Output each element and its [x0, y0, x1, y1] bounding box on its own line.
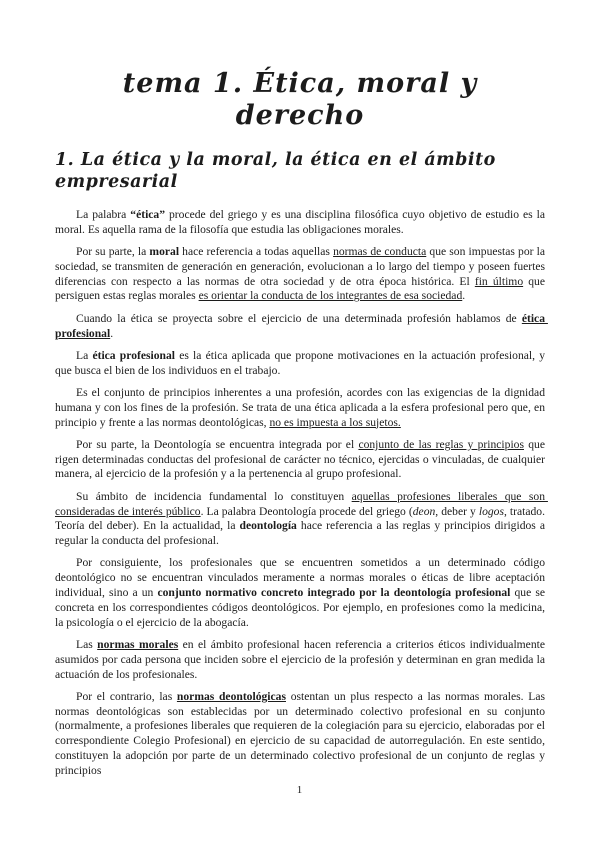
text-run: hace referencia a todas aquellas	[179, 245, 333, 258]
text-run: deon	[413, 505, 436, 518]
text-run: , deber y	[435, 505, 479, 518]
text-run: normas deontológicas	[177, 690, 286, 703]
page-number: 1	[0, 784, 599, 796]
paragraph: Su ámbito de incidencia fundamental lo c…	[55, 490, 545, 549]
document-page: tema 1. Ética, moral y derecho 1. La éti…	[0, 0, 599, 848]
text-run: conjunto normativo concreto integrado po…	[157, 586, 510, 599]
text-run: normas de conducta	[333, 245, 426, 258]
paragraph: La palabra “ética” procede del griego y …	[55, 208, 545, 238]
paragraph: Por su parte, la moral hace referencia a…	[55, 245, 545, 304]
text-run: conjunto de las reglas y principios	[358, 438, 524, 451]
text-run: fin último	[475, 275, 523, 288]
paragraph: Cuando la ética se proyecta sobre el eje…	[55, 312, 545, 342]
text-run: Las	[76, 638, 97, 651]
text-run: Por el contrario, las	[76, 690, 177, 703]
document-body: La palabra “ética” procede del griego y …	[55, 208, 545, 779]
text-run: moral	[149, 245, 179, 258]
text-run: . La palabra Deontología procede del gri…	[201, 505, 413, 518]
text-run: Por su parte, la Deontología se encuentr…	[76, 438, 358, 451]
text-run: La	[76, 349, 92, 362]
text-run: deontología	[240, 519, 297, 532]
paragraph: Por el contrario, las normas deontológic…	[55, 690, 545, 779]
paragraph: Por su parte, la Deontología se encuentr…	[55, 438, 545, 482]
text-run: es orientar la conducta de los integrant…	[199, 289, 463, 302]
text-run: .	[110, 327, 113, 340]
paragraph: Las normas morales en el ámbito profesio…	[55, 638, 545, 682]
paragraph: Por consiguiente, los profesionales que …	[55, 556, 545, 630]
paragraph: La ética profesional es la ética aplicad…	[55, 349, 545, 379]
text-run: normas morales	[97, 638, 178, 651]
section-heading: 1. La ética y la moral, la ética en el á…	[55, 149, 545, 193]
paragraph: Es el conjunto de principios inherentes …	[55, 386, 545, 430]
text-run: Su ámbito de incidencia fundamental lo c…	[76, 490, 352, 503]
text-run: logos	[479, 505, 504, 518]
text-run: La palabra	[76, 208, 130, 221]
text-run: no es impuesta a los sujetos.	[269, 416, 400, 429]
text-run: ética profesional	[92, 349, 175, 362]
text-run: “ética”	[130, 208, 165, 221]
text-run: .	[462, 289, 465, 302]
document-title: tema 1. Ética, moral y derecho	[55, 68, 545, 132]
text-run: Por su parte, la	[76, 245, 149, 258]
text-run: Cuando la ética se proyecta sobre el eje…	[76, 312, 522, 325]
